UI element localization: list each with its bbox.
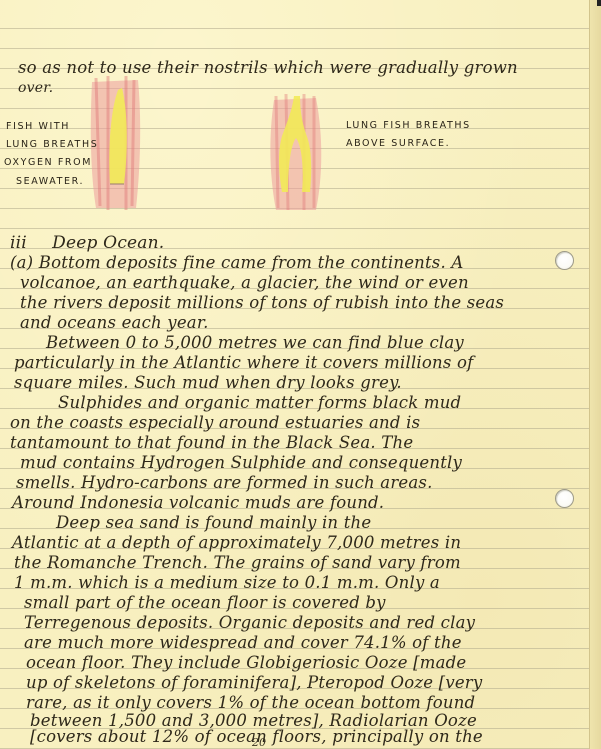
body-line-10: tantamount to that found in the Black Se… bbox=[10, 433, 413, 453]
body-line-19: Terregenous deposits. Organic deposits a… bbox=[24, 613, 475, 633]
body-line-23: rare, as it only covers 1% of the ocean … bbox=[26, 693, 475, 713]
body-line-17: 1 m.m. which is a medium size to 0.1 m.m… bbox=[14, 573, 440, 593]
body-line-11: mud contains Hydrogen Sulphide and conse… bbox=[20, 453, 462, 473]
body-line-3: the rivers deposit millions of tons of r… bbox=[20, 293, 504, 313]
body-line-20: are much more widespread and cover 74.1%… bbox=[24, 633, 462, 653]
right-caption-line-2: ABOVE SURFACE. bbox=[346, 135, 450, 153]
body-line-14: Deep sea sand is found mainly in the bbox=[56, 513, 371, 533]
body-line-16: the Romanche Trench. The grains of sand … bbox=[14, 553, 461, 573]
page-corner-mark bbox=[597, 0, 601, 6]
page-number: 20 bbox=[252, 736, 266, 749]
left-caption-line-4: SEAWATER. bbox=[16, 173, 84, 191]
body-line-4: and oceans each year. bbox=[20, 313, 209, 333]
body-line-2: volcanoe, an earthquake, a glacier, the … bbox=[20, 273, 469, 293]
right-caption-line-1: LUNG FISH BREATHS bbox=[346, 117, 471, 135]
body-line-6: particularly in the Atlantic where it co… bbox=[14, 353, 473, 373]
body-line-22: up of skeletons of foraminifera], Pterop… bbox=[26, 673, 482, 693]
page-edge bbox=[589, 0, 601, 749]
section-number: iii bbox=[10, 233, 27, 253]
body-line-21: ocean floor. They include Globigeriosic … bbox=[26, 653, 466, 673]
intro-line-2: over. bbox=[18, 78, 53, 98]
body-line-5: Between 0 to 5,000 metres we can find bl… bbox=[46, 333, 464, 353]
left-caption-line-3: OXYGEN FROM bbox=[4, 154, 92, 172]
body-line-7: square miles. Such mud when dry looks gr… bbox=[14, 373, 402, 393]
body-line-8: Sulphides and organic matter forms black… bbox=[58, 393, 461, 413]
body-line-15: Atlantic at a depth of approximately 7,0… bbox=[12, 533, 461, 553]
left-caption-line-2: LUNG BREATHS bbox=[6, 136, 98, 154]
punch-hole-top bbox=[555, 251, 574, 270]
body-line-18: small part of the ocean floor is covered… bbox=[24, 593, 386, 613]
left-caption-line-1: FISH WITH bbox=[6, 118, 70, 136]
body-line-9: on the coasts especially around estuarie… bbox=[10, 413, 420, 433]
section-title: Deep Ocean. bbox=[52, 233, 164, 253]
body-line-1: (a) Bottom deposits fine came from the c… bbox=[10, 253, 463, 273]
punch-hole-bottom bbox=[555, 489, 574, 508]
body-line-12: smells. Hydro-carbons are formed in such… bbox=[16, 473, 433, 493]
section-heading: iii Deep Ocean. bbox=[10, 233, 164, 253]
lung-fish-drawing-right bbox=[266, 90, 326, 214]
body-line-13: Around Indonesia volcanic muds are found… bbox=[12, 493, 384, 513]
notebook-page: so as not to use their nostrils which we… bbox=[0, 0, 601, 749]
